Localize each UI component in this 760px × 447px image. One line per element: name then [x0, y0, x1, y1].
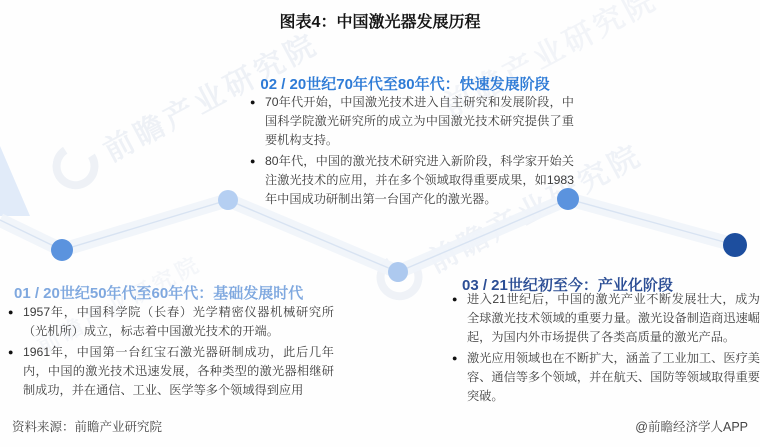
bullet-dot-icon: ● [250, 93, 255, 112]
bullet-dot-icon: ● [452, 290, 457, 309]
bullet-text: 70年代开始，中国激光技术进入自主研究和发展阶段，中国科学院激光研究所的成立为中… [265, 95, 574, 147]
background-wedge [0, 146, 30, 216]
source-note: 资料来源：前瞻产业研究院 [12, 417, 162, 435]
timeline-node-2 [218, 190, 238, 210]
bullet-text: 进入21世纪后，中国的激光产业不断发展壮大，成为全球激光技术领域的重要力量。激光… [467, 292, 760, 344]
timeline-node-3 [388, 262, 408, 282]
stage-1-bullet-2: ● 1961年，中国第一台红宝石激光器研制成功，此后几年内，中国的激光技术迅速发… [8, 343, 334, 400]
stage-2-heading: 02 / 20世纪70年代至80年代：快速发展阶段 [260, 73, 549, 94]
bullet-text: 1961年，中国第一台红宝石激光器研制成功，此后几年内，中国的激光技术迅速发展，… [23, 345, 334, 397]
stage-1-heading: 01 / 20世纪50年代至60年代：基础发展时代 [14, 282, 303, 303]
timeline-node-1 [51, 239, 73, 261]
footer: 资料来源：前瞻产业研究院 @前瞻经济学人APP [12, 417, 748, 435]
stage-2-bullet-2: ● 80年代，中国的激光技术研究进入新阶段，科学家开始关注激光技术的应用，并在多… [250, 152, 574, 209]
bullet-text: 1957年，中国科学院（长春）光学精密仪器机械研究所（光机所）成立，标志着中国激… [23, 305, 334, 338]
bullet-dot-icon: ● [250, 152, 255, 171]
page-title: 图表4：中国激光器发展历程 [280, 9, 481, 32]
stage-3-bullet-1: ● 进入21世纪后，中国的激光产业不断发展壮大，成为全球激光技术领域的重要力量。… [452, 290, 760, 347]
bullet-dot-icon: ● [8, 303, 13, 322]
bullet-dot-icon: ● [8, 343, 13, 362]
qianzhan-logo-icon [372, 250, 427, 305]
stage-1-notes: ● 1957年，中国科学院（长春）光学精密仪器机械研究所（光机所）成立，标志着中… [8, 303, 334, 402]
bullet-text: 激光应用领域也在不断扩大，涵盖了工业加工、医疗美容、通信等多个领域，并在航天、国… [467, 351, 760, 403]
timeline-node-5 [723, 233, 747, 257]
bullet-text: 80年代，中国的激光技术研究进入新阶段，科学家开始关注激光技术的应用，并在多个领… [265, 154, 574, 206]
stage-1-bullet-1: ● 1957年，中国科学院（长春）光学精密仪器机械研究所（光机所）成立，标志着中… [8, 303, 334, 341]
stage-2-notes: ● 70年代开始，中国激光技术进入自主研究和发展阶段，中国科学院激光研究所的成立… [250, 93, 574, 211]
stage-3-bullet-2: ● 激光应用领域也在不断扩大，涵盖了工业加工、医疗美容、通信等多个领域，并在航天… [452, 349, 760, 406]
credit-note: @前瞻经济学人APP [635, 417, 748, 435]
bullet-dot-icon: ● [452, 349, 457, 368]
stage-2-bullet-1: ● 70年代开始，中国激光技术进入自主研究和发展阶段，中国科学院激光研究所的成立… [250, 93, 574, 150]
qianzhan-logo-icon [48, 139, 103, 194]
stage-3-notes: ● 进入21世纪后，中国的激光产业不断发展壮大，成为全球激光技术领域的重要力量。… [452, 290, 760, 408]
